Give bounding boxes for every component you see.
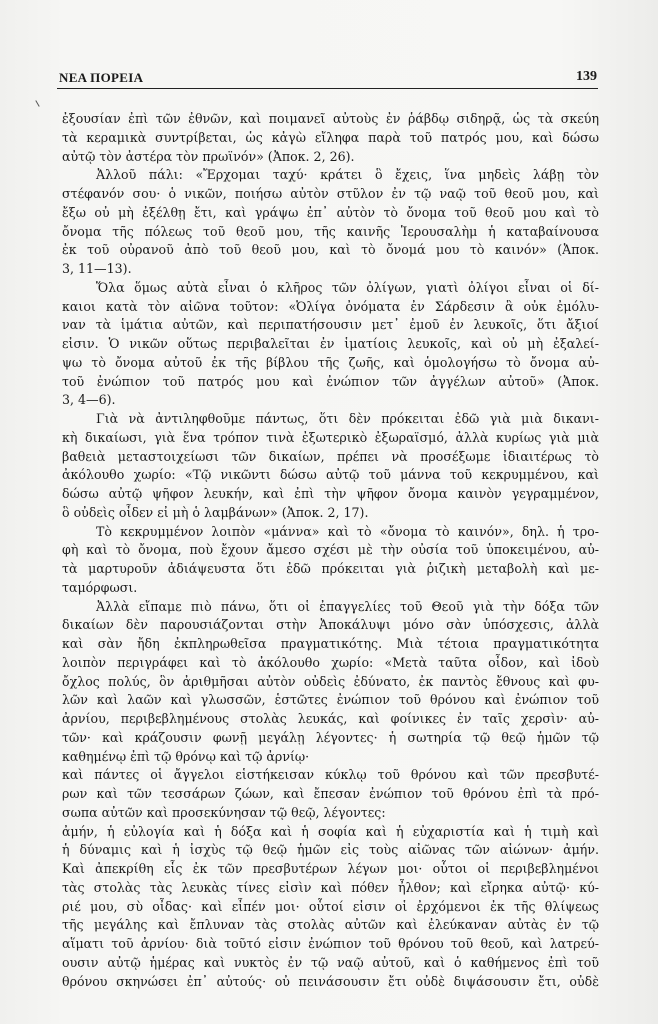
text-line: 3, 4—6). bbox=[62, 391, 599, 410]
text-line: ὄχλος πολύς, ὃν ἀριθμῆσαι αὐτὸν οὐδεὶς ἐ… bbox=[62, 673, 599, 692]
text-line: Ὅλα ὅμως αὐτὰ εἶναι ὁ κλῆρος τῶν ὀλίγων,… bbox=[62, 279, 599, 298]
text-line: ἐκ τοῦ οὐρανοῦ ἀπὸ τοῦ θεοῦ μου, καὶ τὸ … bbox=[62, 241, 599, 260]
running-header: ΝΕΑ ΠΟΡΕΙΑ 139 bbox=[57, 68, 598, 89]
text-line: ναν τὰ ἱμάτια αὐτῶν, καὶ περιπατήσουσιν … bbox=[62, 316, 599, 335]
text-line: Ἀλλοῦ πάλι: «Ἔρχομαι ταχύ· κράτει ὃ ἔχει… bbox=[62, 166, 599, 185]
text-line: λοιπὸν περιγράφει καὶ τὸ ἀκόλουθο χωρίο:… bbox=[62, 654, 599, 673]
text-line: σωπα αὐτῶν καὶ προσεκύνησαν τῷ θεῷ, λέγο… bbox=[62, 804, 599, 823]
paragraph: ἐξουσίαν ἐπὶ τῶν ἐθνῶν, καὶ ποιμανεῖ αὐτ… bbox=[62, 110, 599, 166]
text-line: καιοι κατὰ τὸν αἰῶνα τοῦτον: «Ὀλίγα ὀνόμ… bbox=[62, 298, 599, 317]
text-line: Καὶ ἀπεκρίθη εἷς ἐκ τῶν πρεσβυτέρων λέγω… bbox=[62, 860, 599, 879]
paragraph: Ἀλλοῦ πάλι: «Ἔρχομαι ταχύ· κράτει ὃ ἔχει… bbox=[62, 166, 599, 279]
text-line: θρόνου σκηνώσει ἐπ᾽ αὐτούς· οὐ πεινάσουσ… bbox=[62, 973, 599, 992]
text-line: ουσιν αὐτῷ ἡμέρας καὶ νυκτὸς ἐν τῷ ναῷ α… bbox=[62, 954, 599, 973]
page-body: ἐξουσίαν ἐπὶ τῶν ἐθνῶν, καὶ ποιμανεῖ αὐτ… bbox=[62, 110, 599, 991]
text-line: αὐτῷ τὸν ἀστέρα τὸν πρωϊνόν» (Ἀποκ. 2, 2… bbox=[62, 148, 599, 167]
text-line: Γιὰ νὰ ἀντιληφθοῦμε πάντως, ὅτι δὲν πρόκ… bbox=[62, 410, 599, 429]
text-line: καθημένῳ ἐπὶ τῷ θρόνῳ καὶ τῷ ἀρνίῳ· bbox=[62, 748, 599, 767]
paragraph: Τὸ κεκρυμμένον λοιπὸν «μάννα» καὶ τὸ «ὄν… bbox=[62, 523, 599, 598]
text-line: τὰς στολὰς τὰς λευκὰς τίνες εἰσὶν καὶ πό… bbox=[62, 879, 599, 898]
text-line: δικαίων δὲν παρουσιάζονται στὴν Ἀποκάλυψ… bbox=[62, 616, 599, 635]
text-line: ἀμήν, ἡ εὐλογία καὶ ἡ δόξα καὶ ἡ σοφία κ… bbox=[62, 823, 599, 842]
text-line: βαθειὰ μεταστοιχείωσι τῶν δικαίων, πρέπε… bbox=[62, 448, 599, 467]
text-line: τὰ κεραμικὰ συντρίβεται, ὡς κἀγὼ εἴληφα … bbox=[62, 129, 599, 148]
text-line: καὶ πάντες οἱ ἄγγελοι εἱστήκεισαν κύκλῳ … bbox=[62, 766, 599, 785]
text-line: ριέ μου, σὺ οἶδας· καὶ εἶπέν μοι· οὗτοί … bbox=[62, 898, 599, 917]
text-line: ἐξουσίαν ἐπὶ τῶν ἐθνῶν, καὶ ποιμανεῖ αὐτ… bbox=[62, 110, 599, 129]
paragraph: καὶ πάντες οἱ ἄγγελοι εἱστήκεισαν κύκλῳ … bbox=[62, 766, 599, 822]
text-line: δώσω αὐτῷ ψῆφον λευκήν, καὶ ἐπὶ τὴν ψῆφο… bbox=[62, 485, 599, 504]
paragraph: ἀμήν, ἡ εὐλογία καὶ ἡ δόξα καὶ ἡ σοφία κ… bbox=[62, 823, 599, 992]
page-number: 139 bbox=[576, 69, 597, 85]
text-line: 3, 11—13). bbox=[62, 260, 599, 279]
text-line: ρων καὶ τῶν τεσσάρων ζώων, καὶ ἔπεσαν ἐν… bbox=[62, 785, 599, 804]
text-line: ὄνομα τῆς πόλεως τοῦ θεοῦ μου, τῆς καινῆ… bbox=[62, 223, 599, 242]
paragraph: Ἀλλὰ εἴπαμε πιὸ πάνω, ὅτι οἱ ἐπαγγελίες … bbox=[62, 598, 599, 767]
text-line: τὰ μαρτυροῦν ἀδιάψευστα ὅτι ἐδῶ πρόκειτα… bbox=[62, 560, 599, 579]
text-line: ψω τὸ ὄνομα αὐτοῦ ἐκ τῆς βίβλου τῆς ζωῆς… bbox=[62, 354, 599, 373]
text-line: καὶ σὰν ἤδη ἐκπληρωθεῖσα πραγματικότης. … bbox=[62, 635, 599, 654]
text-line: τῶν· καὶ κράζουσιν φωνῇ μεγάλῃ λέγοντες·… bbox=[62, 729, 599, 748]
text-line: κὴ δικαίωσι, γιὰ ἕνα τρόπον τινὰ ἐξωτερι… bbox=[62, 429, 599, 448]
text-line: ἔξω οὐ μὴ ἐξέλθῃ ἔτι, καὶ γράψω ἐπ᾽ αὐτὸ… bbox=[62, 204, 599, 223]
scanned-page: ΝΕΑ ΠΟΡΕΙΑ 139 ἐξουσίαν ἐπὶ τῶν ἐθνῶν, κ… bbox=[0, 0, 658, 1024]
text-line: ἀκόλουθο χωρίο: «Τῷ νικῶντι δώσω αὐτῷ το… bbox=[62, 466, 599, 485]
text-line: αἵματι τοῦ ἀρνίου· διὰ τοῦτό εἰσιν ἐνώπι… bbox=[62, 935, 599, 954]
text-line: ἀρνίου, περιβεβλημένους στολὰς λευκάς, κ… bbox=[62, 710, 599, 729]
text-line: στέφανόν σου· ὁ νικῶν, ποιήσω αὐτὸν στῦλ… bbox=[62, 185, 599, 204]
text-line: Ἀλλὰ εἴπαμε πιὸ πάνω, ὅτι οἱ ἐπαγγελίες … bbox=[62, 598, 599, 617]
journal-title: ΝΕΑ ΠΟΡΕΙΑ bbox=[59, 70, 143, 86]
text-line: ἡ δύναμις καὶ ἡ ἰσχὺς τῷ θεῷ ἡμῶν εἰς το… bbox=[62, 841, 599, 860]
scan-speck bbox=[35, 100, 39, 107]
text-line: εἰσιν. Ὁ νικῶν οὕτως περιβαλεῖται ἐν ἱμα… bbox=[62, 335, 599, 354]
text-line: ὃ οὐδεὶς οἶδεν εἰ μὴ ὁ λαμβάνων» (Ἀποκ. … bbox=[62, 504, 599, 523]
paragraph: Ὅλα ὅμως αὐτὰ εἶναι ὁ κλῆρος τῶν ὀλίγων,… bbox=[62, 279, 599, 410]
text-line: τοῦ ἐνώπιον τοῦ πατρός μου καὶ ἐνώπιον τ… bbox=[62, 373, 599, 392]
paragraph: Γιὰ νὰ ἀντιληφθοῦμε πάντως, ὅτι δὲν πρόκ… bbox=[62, 410, 599, 523]
text-line: λῶν καὶ λαῶν καὶ γλωσσῶν, ἑστῶτες ἐνώπιο… bbox=[62, 691, 599, 710]
text-line: Τὸ κεκρυμμένον λοιπὸν «μάννα» καὶ τὸ «ὄν… bbox=[62, 523, 599, 542]
text-line: φὴ καὶ τὸ ὄνομα, ποὺ ἔχουν ἄμεσο σχέσι μ… bbox=[62, 541, 599, 560]
text-line: τῆς μεγάλης καὶ ἔπλυναν τὰς στολὰς αὐτῶν… bbox=[62, 916, 599, 935]
text-line: ταμόρφωσι. bbox=[62, 579, 599, 598]
